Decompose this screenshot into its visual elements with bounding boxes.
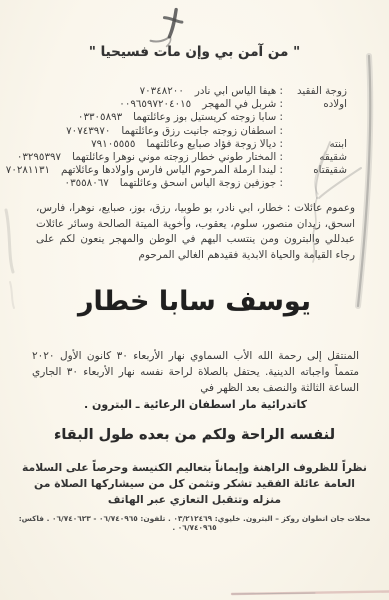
covid-notice-paragraph: نظراً للظروف الراهنة وإيماناً بتعاليم ال… [20,460,369,508]
relative-phone: ٠٣٢٩٥٣٩٧ [17,151,61,163]
relative-phone: ٧٠٣٤٨٢٠٠ [140,85,184,97]
relative-label [289,111,347,124]
relative-label: شقيقه [289,151,347,164]
relative-label: شقيقتاه [289,164,347,177]
relative-entry: : اسطفان زوجته جانيت رزق وعائلتهما٧٠٧٤٣٩… [30,125,289,138]
relative-entry: : ليندا ارملة المرحوم الياس فارس واولاده… [6,164,289,177]
relative-entry: : هيفا الياس ابي نادر٧٠٣٤٨٢٠٠ [30,85,289,98]
deceased-name: يوسف سابا خطار [0,286,389,317]
relative-phone: ٠٠٩٦٥٩٧٢٠٤٠١٥ [119,98,191,110]
relative-phone: ٠٣٣٠٥٨٩٣ [78,111,122,123]
relative-row: : اسطفان زوجته جانيت رزق وعائلتهما٧٠٧٤٣٩… [30,125,347,138]
relative-label [289,125,347,138]
relative-phone: ٧٩١٠٥٥٥٥ [91,138,135,150]
relative-entry: : المختار طوني خطار زوجته موني نوهرا وعا… [17,151,289,164]
relative-entry: : شربل في المهجر٠٠٩٦٥٩٧٢٠٤٠١٥ [30,98,289,111]
relative-name: : سابا زوجته كريستيل بوز وعائلتهما [133,111,283,123]
funeral-details-paragraph: المنتقل إلى رحمة الله الأب السماوي نهار … [32,350,359,394]
relative-name: : شربل في المهجر [202,98,283,110]
relative-row: اولاده : شربل في المهجر٠٠٩٦٥٩٧٢٠٤٠١٥ [30,98,347,111]
relatives-list: زوجة الفقيد : هيفا الياس ابي نادر٧٠٣٤٨٢٠… [30,85,347,191]
funeral-details: المنتقل إلى رحمة الله الأب السماوي نهار … [32,348,359,413]
families-paragraph: وعموم عائلات : خطار، ابي نادر، بو طوبيا،… [36,201,355,263]
relative-name: : ديالا زوجة فؤاد صبايع وعائلتهما [146,138,283,150]
relative-label: ابنته [289,138,347,151]
printer-footer: محلات جان انطوان روكز – البترون. خليوي: … [0,514,389,532]
relative-row: : سابا زوجته كريستيل بوز وعائلتهما٠٣٣٠٥٨… [30,111,347,124]
relative-label: اولاده [289,98,347,111]
relative-entry: : سابا زوجته كريستيل بوز وعائلتهما٠٣٣٠٥٨… [30,111,289,124]
relative-phone: ٧٠٢٨١١٣١ [6,164,50,176]
relative-name: : اسطفان زوجته جانيت رزق وعائلتهما [121,125,283,137]
scripture-quote: " من آمن بي وإن مات فسيحيا " [0,44,389,60]
relative-row: شقيقتاه : ليندا ارملة المرحوم الياس فارس… [30,164,347,177]
relative-label [289,177,347,190]
relative-phone: ٧٠٧٤٣٩٧٠ [66,125,110,137]
relative-name: : جوزفين زوجة الياس اسحق وعائلتهما [120,177,283,189]
obituary-page: " من آمن بي وإن مات فسيحيا " زوجة الفقيد… [0,0,389,600]
relative-row: : جوزفين زوجة الياس اسحق وعائلتهما٠٣٥٥٨٠… [30,177,347,190]
relative-label: زوجة الفقيد [289,85,347,98]
relative-row: شقيقه : المختار طوني خطار زوجته موني نوه… [30,151,347,164]
relative-name: : ليندا ارملة المرحوم الياس فارس واولاده… [61,164,283,176]
church-line: كاتدرائية مار اسطفان الرعائية ـ البترون … [32,397,359,413]
relative-phone: ٠٣٥٥٨٠٦٧ [65,177,109,189]
relative-row: زوجة الفقيد : هيفا الياس ابي نادر٧٠٣٤٨٢٠… [30,85,347,98]
relative-row: ابنته : ديالا زوجة فؤاد صبايع وعائلتهما٧… [30,138,347,151]
condolence-line: لنفسه الراحة ولكم من بعده طول البقاء [0,427,389,443]
relative-entry: : جوزفين زوجة الياس اسحق وعائلتهما٠٣٥٥٨٠… [30,177,289,190]
relative-name: : هيفا الياس ابي نادر [195,85,283,97]
relative-name: : المختار طوني خطار زوجته موني نوهرا وعا… [72,151,283,163]
relative-entry: : ديالا زوجة فؤاد صبايع وعائلتهما٧٩١٠٥٥٥… [30,138,289,151]
